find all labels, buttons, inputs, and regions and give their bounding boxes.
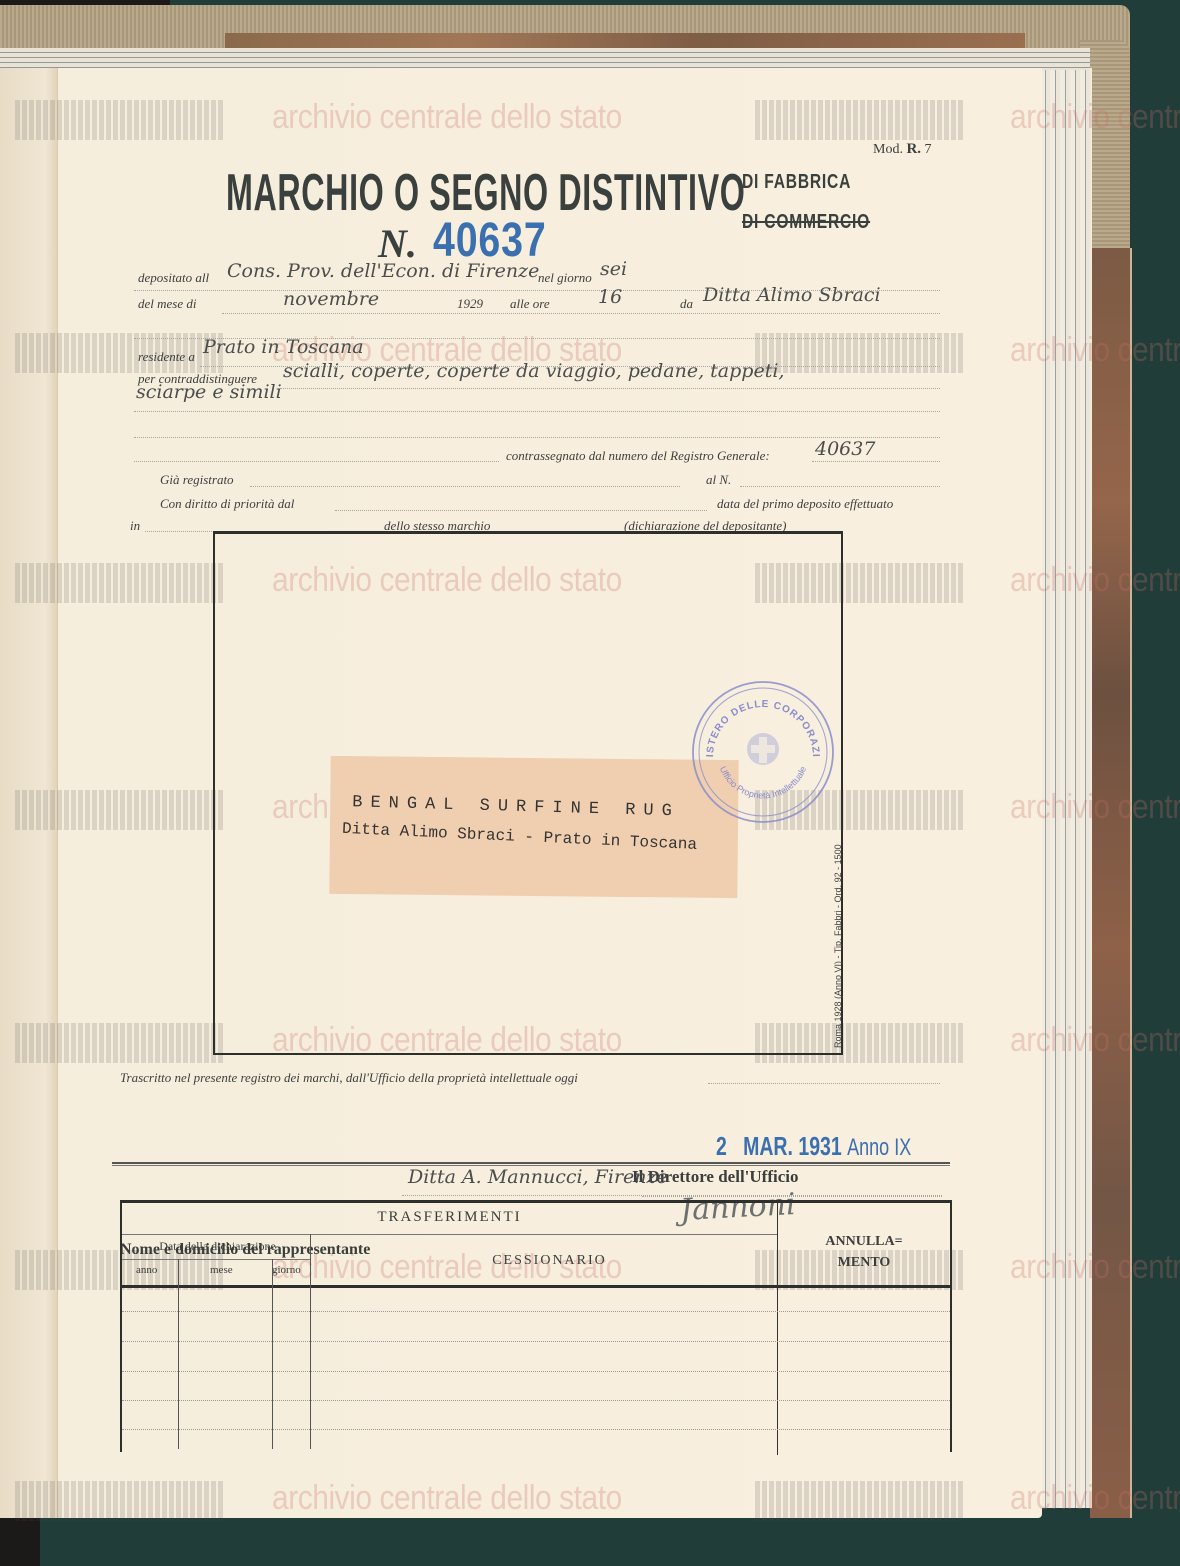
priority-label: Con diritto di priorità dal <box>160 496 294 512</box>
form-code: Mod. R. 7 <box>873 141 932 158</box>
watermark: archivio centrale dello stato <box>1010 1021 1180 1060</box>
archive-logo-watermark <box>15 563 225 603</box>
day-label: nel giorno <box>538 270 592 286</box>
page-stack-top <box>0 48 1090 70</box>
type-option-fabbrica: DI FABBRICA <box>742 171 851 194</box>
first-deposit-label: data del primo deposito effettuato <box>717 496 893 512</box>
archive-logo-watermark <box>15 1481 225 1521</box>
table-row[interactable] <box>122 1429 950 1430</box>
table-rule <box>122 1234 777 1235</box>
transfers-table: TRASFERIMENTI Data della dichiarazione a… <box>120 1200 952 1452</box>
priority-field <box>335 510 707 511</box>
residence-label: residente a <box>138 349 195 365</box>
type-option-commercio-struck: DI COMMERCIO <box>742 211 870 234</box>
form-line <box>708 1083 940 1084</box>
watermark: archivio centrale dello stato <box>272 98 622 137</box>
book-cover-marbled-right <box>1090 248 1132 1518</box>
table-row[interactable] <box>122 1341 950 1342</box>
column-mese: mese <box>210 1264 233 1276</box>
in-label: in <box>130 518 140 534</box>
mark-label-slip: BENGAL SURFINE RUG Ditta Alimo Sbraci - … <box>329 756 738 898</box>
table-rule <box>122 1259 310 1260</box>
background-bottom <box>0 1515 40 1566</box>
date-group-header: Data della dichiarazione <box>130 1239 305 1254</box>
column-anno: anno <box>136 1264 157 1276</box>
purpose-value-line2: sciarpe e simili <box>136 381 282 403</box>
table-row[interactable] <box>122 1311 950 1312</box>
watermark: archivio centrale dello stato <box>1010 788 1180 827</box>
table-col-rule <box>777 1203 778 1455</box>
at-number-field <box>740 486 940 487</box>
archive-logo-watermark <box>755 100 965 140</box>
watermark: archivio centrale dello stato <box>1010 561 1180 600</box>
form-line <box>222 313 940 314</box>
watermark: archivio centrale dello stato <box>272 1479 622 1518</box>
table-col-rule <box>178 1259 179 1449</box>
table-header-rule <box>122 1285 950 1288</box>
column-giorno: giorno <box>272 1264 301 1276</box>
hour-value: 16 <box>598 286 622 308</box>
archive-logo-watermark <box>755 333 965 373</box>
table-row[interactable] <box>122 1371 950 1372</box>
mark-owner: Ditta Alimo Sbraci - Prato in Toscana <box>342 820 698 854</box>
archive-logo-watermark <box>15 1023 225 1063</box>
printer-note: Roma 1928 (Anno VI) - Tip. Fabbri - Ord.… <box>833 688 847 1048</box>
archive-logo-watermark <box>15 790 225 830</box>
representative-value: Ditta A. Mannucci, Firenze <box>408 1166 668 1188</box>
year-value: 1929 <box>457 296 483 312</box>
general-register-label: contrassegnato dal numero del Registro G… <box>506 448 770 464</box>
archive-logo-watermark <box>15 100 225 140</box>
transfers-title: TRASFERIMENTI <box>122 1209 777 1226</box>
at-number-label: al N. <box>706 472 731 488</box>
watermark: archivio centrale dello stato <box>1010 98 1180 137</box>
hour-label: alle ore <box>510 296 550 312</box>
archive-logo-watermark <box>755 1481 965 1521</box>
table-row[interactable] <box>122 1400 950 1401</box>
form-line <box>280 388 940 389</box>
form-line <box>134 461 499 462</box>
watermark: archivio centrale dello stato <box>1010 1479 1180 1518</box>
deposited-at-value: Cons. Prov. dell'Econ. di Firenze <box>227 260 539 282</box>
deposited-at-label: depositato all <box>138 270 209 286</box>
mark-name: BENGAL SURFINE RUG <box>352 793 680 821</box>
residence-value: Prato in Toscana <box>203 336 364 358</box>
form-line <box>134 411 940 412</box>
register-page: archivio centrale dello stato archivio c… <box>0 68 1042 1518</box>
svg-text:Ufficio Proprietà Intellettual: Ufficio Proprietà Intellettuale <box>718 765 808 801</box>
month-value: novembre <box>283 288 379 310</box>
assignee-header: CESSIONARIO <box>322 1253 777 1269</box>
ministry-seal-icon: MINISTERO DELLE CORPORAZIONI Ufficio Pro… <box>688 677 838 827</box>
month-label: del mese di <box>138 296 196 312</box>
watermark: archivio centrale dello stato <box>1010 1248 1180 1287</box>
day-value: sei <box>600 258 627 280</box>
already-registered-field <box>250 486 680 487</box>
by-label: da <box>680 296 693 312</box>
already-registered-label: Già registrato <box>160 472 234 488</box>
purpose-value-line1: scialli, coperte, coperte da viaggio, pe… <box>283 360 784 382</box>
signature-line <box>642 1196 942 1197</box>
form-line <box>812 461 940 462</box>
watermark: archivio centrale dello stato <box>1010 331 1180 370</box>
transcription-label: Trascritto nel presente registro dei mar… <box>120 1070 578 1086</box>
mark-specimen-box: BENGAL SURFINE RUG Ditta Alimo Sbraci - … <box>213 531 843 1055</box>
form-line <box>402 1195 942 1196</box>
general-register-value: 40637 <box>815 438 875 460</box>
cancellation-header: ANNULLA= MENTO <box>779 1231 949 1273</box>
depositor-value: Ditta Alimo Sbraci <box>703 284 881 306</box>
transcription-date-stamp: 2 MAR. 1931 Anno IX <box>716 1131 911 1162</box>
table-col-rule <box>272 1259 273 1449</box>
